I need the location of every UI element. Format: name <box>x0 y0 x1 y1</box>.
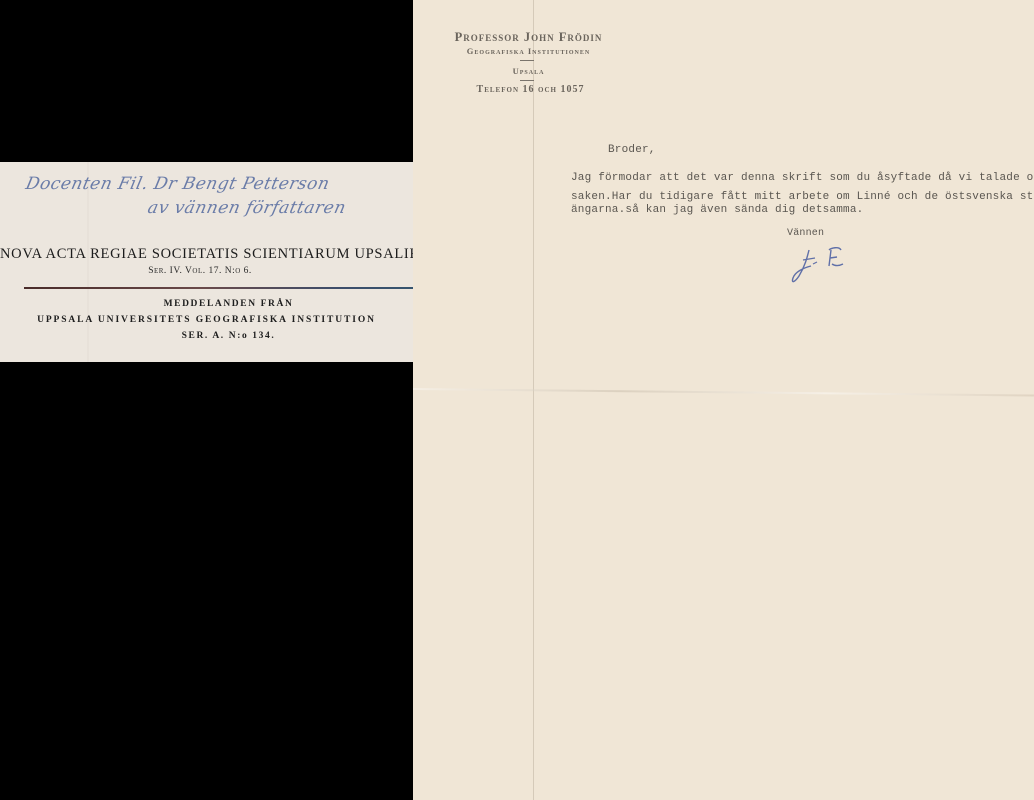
handwritten-signature-icon <box>785 244 855 288</box>
letter-body-line: saken.Har du tidigare fått mitt arbete o… <box>571 191 1034 203</box>
letter-greeting: Broder, <box>608 144 656 156</box>
offprint-title-clipping: Docenten Fil. Dr Bengt Petterson av vänn… <box>0 162 413 362</box>
letter-closing: Vännen <box>787 228 824 239</box>
typed-letter: Professor John Frödin Geografiska Instit… <box>413 0 1034 800</box>
letterhead-city: Upsala <box>415 66 642 76</box>
handwritten-dedication-line-1: Docenten Fil. Dr Bengt Petterson <box>24 174 332 194</box>
letterhead-telephone: Telefon 16 och 1057 <box>417 84 644 95</box>
subtitle-line-3: SER. A. N:o 134. <box>22 331 435 341</box>
subtitle-line-2: UPPSALA UNIVERSITETS GEOGRAFISKA INSTITU… <box>0 315 413 325</box>
subtitle-line-1: MEDDELANDEN FRÅN <box>22 299 435 309</box>
letter-body-line: Jag förmodar att det var denna skrift so… <box>571 172 1034 184</box>
vertical-fold-crease <box>533 0 534 800</box>
horizontal-fold-crease <box>413 388 1034 397</box>
letterhead-institution: Geografiska Institutionen <box>415 46 642 56</box>
letterhead-dash <box>520 60 534 61</box>
divider-rule <box>24 287 472 289</box>
publication-title: NOVA ACTA REGIAE SOCIETATIS SCIENTIARUM … <box>0 246 413 263</box>
letter-body-line: ängarna.så kan jag även sända dig detsam… <box>571 204 863 216</box>
publication-series: Ser. IV. Vol. 17. N:o 6. <box>0 266 400 276</box>
letterhead-dash <box>520 80 534 81</box>
letterhead-name: Professor John Frödin <box>415 30 642 45</box>
handwritten-dedication-line-2: av vännen författaren <box>146 198 348 218</box>
